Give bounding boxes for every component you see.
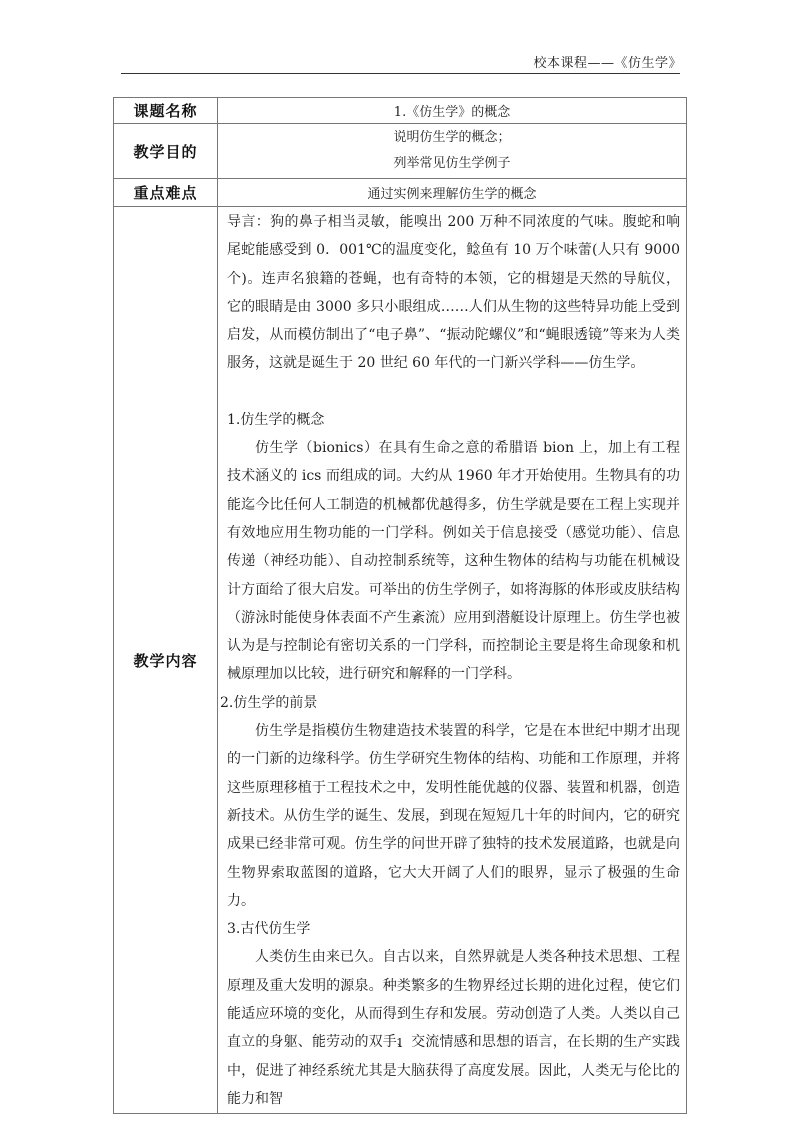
key-points-value: 通过实例来理解仿生学的概念 [218,179,687,207]
table-row-title: 课题名称 1.《仿生学》的概念 [114,98,687,124]
blank-line [227,378,680,406]
key-points-label: 重点难点 [114,179,218,207]
section-paragraph: 仿生学是指模仿生物建造技术装置的科学，它是在本世纪中期才出现的一门新的边缘科学。… [227,717,680,915]
table-row-goals: 教学目的 说明仿生学的概念； 列举常见仿生学例子 [114,124,687,179]
lesson-plan-table: 课题名称 1.《仿生学》的概念 教学目的 说明仿生学的概念； 列举常见仿生学例子… [113,97,687,1114]
header-divider [121,73,680,74]
goal-line: 说明仿生学的概念； [218,125,686,151]
intro-paragraph: 导言：狗的鼻子相当灵敏，能嗅出 200 万种不同浓度的气味。腹蛇和响尾蛇能感受到… [227,208,680,378]
table-row-key-points: 重点难点 通过实例来理解仿生学的概念 [114,179,687,207]
section-paragraph: 人类仿生由来已久。自古以来，自然界就是人类各种技术思想、工程原理及重大发明的源泉… [227,943,680,1113]
running-header: 校本课程——《仿生学》 [533,52,682,71]
section-heading: 3.古代仿生学 [227,915,680,943]
table-row-content: 教学内容 导言：狗的鼻子相当灵敏，能嗅出 200 万种不同浓度的气味。腹蛇和响尾… [114,207,687,1114]
content-label: 教学内容 [114,207,218,1114]
goals-value: 说明仿生学的概念； 列举常见仿生学例子 [218,124,687,179]
title-value: 1.《仿生学》的概念 [218,98,687,124]
section-heading: 2.仿生学的前景 [220,689,680,717]
section-paragraph: 仿生学（bionics）在具有生命之意的希腊语 bion 上，加上有工程技术涵义… [227,434,680,689]
content-body: 导言：狗的鼻子相当灵敏，能嗅出 200 万种不同浓度的气味。腹蛇和响尾蛇能感受到… [218,207,686,1113]
section-heading: 1.仿生学的概念 [227,406,680,434]
goals-label: 教学目的 [114,124,218,179]
goal-line: 列举常见仿生学例子 [218,151,686,177]
content-cell: 导言：狗的鼻子相当灵敏，能嗅出 200 万种不同浓度的气味。腹蛇和响尾蛇能感受到… [218,207,687,1114]
title-label: 课题名称 [114,98,218,124]
page-number: 1 [0,1036,800,1050]
